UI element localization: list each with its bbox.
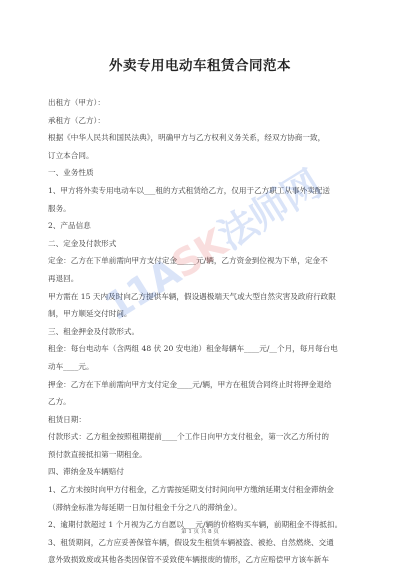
clause-line: 1、乙方未按时向甲方付租金，乙方需按延期支付时间向甲方缴纳延期支付租金滞纳金	[48, 481, 348, 499]
preamble-line-1: 根据《中华人民共和国民法典》，明确甲方与乙方权利义务关系，经双方协商一致，	[48, 129, 348, 147]
section-heading-1: 一、业务性质	[48, 164, 348, 182]
document-page: 外卖专用电动车租赁合同范本 出租方（甲方）： 承租方（乙方）： 根据《中华人民共…	[0, 0, 400, 565]
party-b-line: 承租方（乙方）：	[48, 112, 348, 130]
section-heading-2: 二、定金及付款形式	[48, 235, 348, 253]
document-title: 外卖专用电动车租赁合同范本	[0, 54, 400, 74]
clause-line: 租金：每台电动车（含两组 48 伏 20 安电池）租金每辆车____元/__个月…	[48, 340, 348, 358]
document-body: 出租方（甲方）： 承租方（乙方）： 根据《中华人民共和国民法典》，明确甲方与乙方…	[48, 94, 348, 565]
clause-line: 制，甲方顺延交付时间。	[48, 305, 348, 323]
section-heading-3: 三、租金押金及付款形式。	[48, 323, 348, 341]
clause-line: 动车____元。	[48, 358, 348, 376]
clause-line: 定金：乙方在下单前需向甲方支付定金_____元/辆，乙方资金到位视为下单，定金不	[48, 252, 348, 270]
clause-line: 预付款直接抵扣第一期租金。	[48, 446, 348, 464]
clause-line: 租赁日期：	[48, 411, 348, 429]
clause-line: 甲方需在 15 天内及时向乙方提供车辆，假设遇极端天气或大型自然灾害及政府行政限	[48, 288, 348, 306]
clause-line: 2、产品信息	[48, 217, 348, 235]
clause-line: 乙方。	[48, 393, 348, 411]
party-a-line: 出租方（甲方）：	[48, 94, 348, 112]
clause-line: 3、租赁期间，乙方应妥善保管车辆，假设发生租赁车辆被盗、被抢、自然燃烧、交通	[48, 534, 348, 552]
clause-line: 服务。	[48, 200, 348, 218]
clause-line: 意外致损致废或其他各类因保管不妥致使车辆报废的情形，乙方应赔偿甲方该车新车	[48, 551, 348, 565]
page-number: 第 1 页 共 8 页	[0, 527, 400, 535]
clause-line: （滞纳金标准为每延期一日加付租金千分之八的滞纳金）。	[48, 499, 348, 517]
clause-line: 再退回。	[48, 270, 348, 288]
clause-line: 付款形式：乙方租金按照租期提前____个工作日向甲方支付租金，第一次乙方所付的	[48, 428, 348, 446]
clause-line: 押金：乙方在下单前需向甲方支付定金____元/辆，甲方在租赁合同终止时将押金退给	[48, 376, 348, 394]
preamble-line-2: 订立本合同。	[48, 147, 348, 165]
section-heading-4: 四、滞纳金及车辆赔付	[48, 463, 348, 481]
clause-line: 1、甲方将外卖专用电动车以___租的方式租赁给乙方，仅用于乙方职工从事外卖配送	[48, 182, 348, 200]
